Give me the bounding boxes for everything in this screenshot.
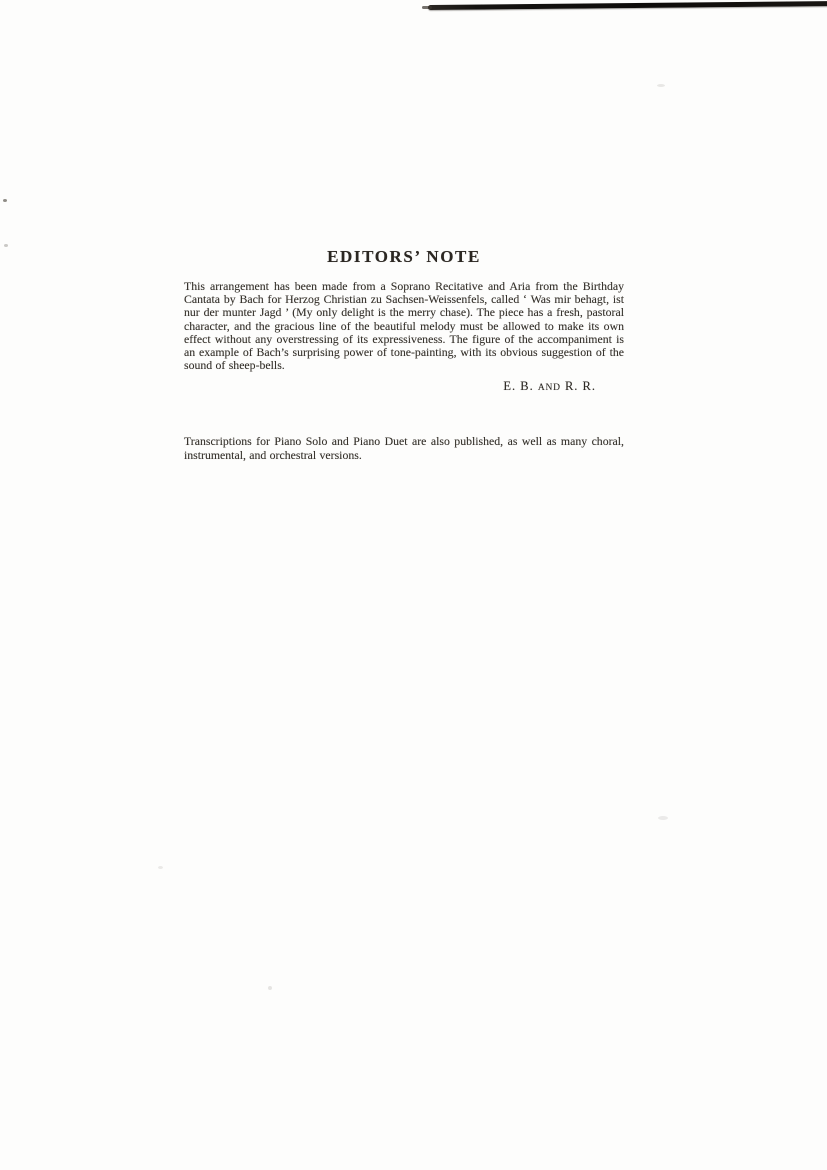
editors-note-section: EDITORS’ NOTE This arrangement has been … <box>184 247 624 462</box>
editors-note-paragraph: This arrangement has been made from a So… <box>184 280 624 372</box>
publication-note-paragraph: Transcriptions for Piano Solo and Piano … <box>184 435 624 461</box>
editors-note-title: EDITORS’ NOTE <box>184 247 624 267</box>
scan-edge-artifact <box>428 1 827 10</box>
scan-speck <box>4 244 8 247</box>
signature-initials-left: E. B. <box>503 379 533 393</box>
scan-speck <box>158 866 163 869</box>
signature-conjunction: and <box>538 383 561 393</box>
signature-initials-right: R. R. <box>565 379 596 393</box>
scan-speck <box>658 816 668 820</box>
scan-speck <box>657 84 665 87</box>
editors-signature: E. B. and R. R. <box>184 379 596 394</box>
scan-speck <box>3 199 7 202</box>
scanned-book-page: EDITORS’ NOTE This arrangement has been … <box>0 0 827 1170</box>
scan-speck <box>268 986 272 990</box>
